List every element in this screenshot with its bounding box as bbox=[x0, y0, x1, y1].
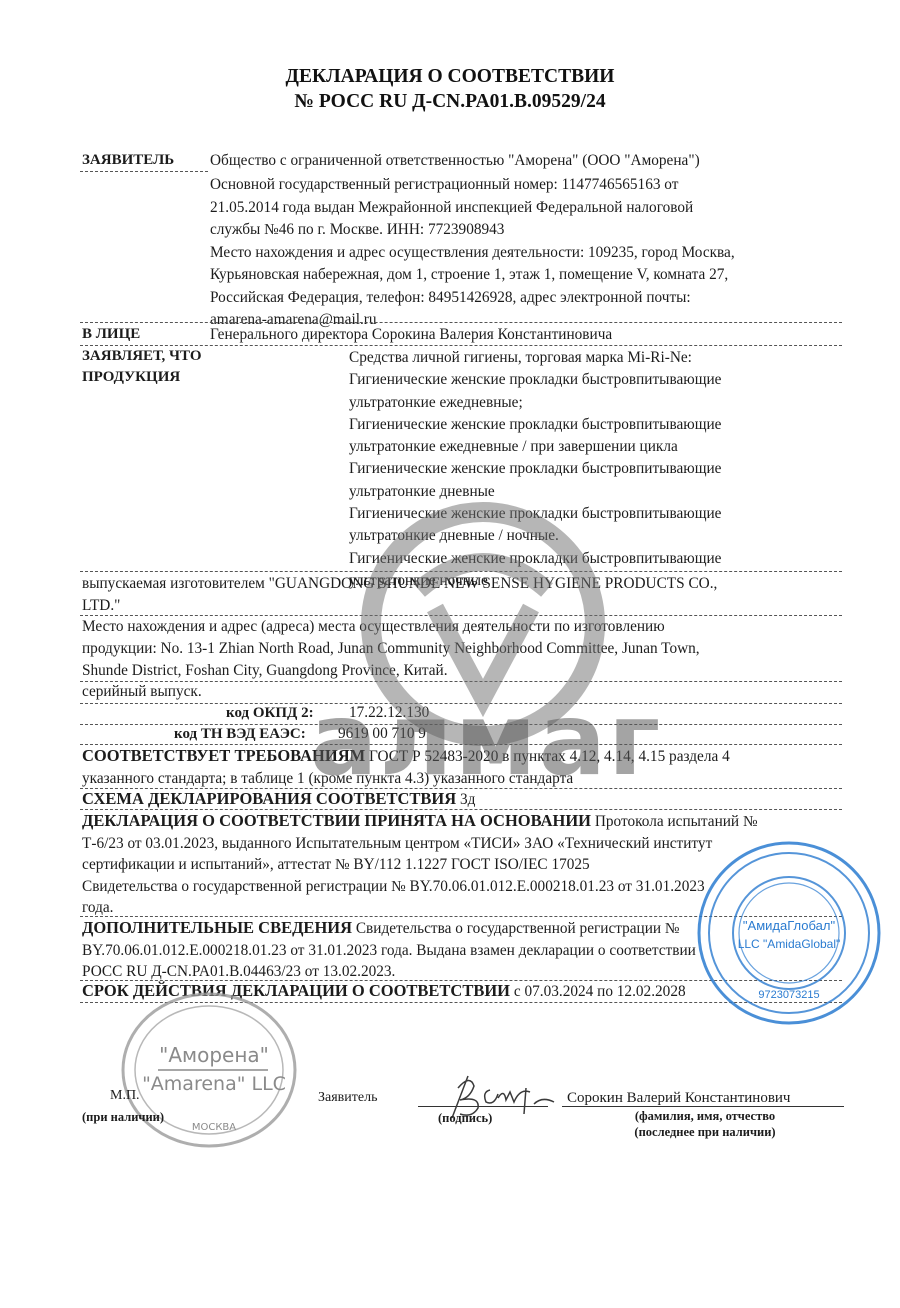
svg-text:"АмидаГлобал": "АмидаГлобал" bbox=[743, 918, 836, 933]
document-title: ДЕКЛАРАЦИЯ О СООТВЕТСТВИИ № РОСС RU Д-CN… bbox=[0, 64, 900, 114]
tnved-label: код ТН ВЭД ЕАЭС: bbox=[174, 724, 306, 745]
applicant-details: Основной государственный регистрационный… bbox=[210, 174, 840, 332]
divider bbox=[80, 171, 208, 172]
declaration-number: № РОСС RU Д-CN.PA01.B.09529/24 bbox=[0, 89, 900, 114]
mp-note: (при наличии) bbox=[82, 1107, 164, 1128]
basis-label: ДЕКЛАРАЦИЯ О СООТВЕТСТВИИ ПРИНЯТА НА ОСН… bbox=[82, 811, 591, 830]
svg-text:"Аморена": "Аморена" bbox=[159, 1043, 269, 1067]
svg-text:9723073215: 9723073215 bbox=[758, 989, 819, 1001]
validity-period: с 07.03.2024 по 12.02.2028 bbox=[510, 983, 686, 1000]
svg-text:МОСКВА: МОСКВА bbox=[192, 1122, 236, 1133]
applicant-name: Общество с ограниченной ответственностью… bbox=[210, 151, 700, 172]
svg-text:"Amarena" LLC: "Amarena" LLC bbox=[142, 1073, 286, 1095]
amidaglobal-stamp-icon: "АмидаГлобал" LLC "AmidaGlobal" 97230732… bbox=[694, 838, 884, 1028]
svg-text:LLC "AmidaGlobal": LLC "AmidaGlobal" bbox=[738, 937, 841, 951]
additional-label: ДОПОЛНИТЕЛЬНЫЕ СВЕДЕНИЯ bbox=[82, 918, 352, 937]
product-label: ЗАЯВЛЯЕТ, ЧТО ПРОДУКЦИЯ bbox=[82, 346, 202, 387]
represented-by-label: В ЛИЦЕ bbox=[82, 324, 140, 345]
mp-label: М.П. bbox=[110, 1086, 140, 1107]
watermark-text: алмаг bbox=[310, 690, 662, 790]
divider bbox=[80, 322, 842, 323]
applicant-signature-label: Заявитель bbox=[318, 1088, 377, 1109]
represented-by-value: Генерального директора Сорокина Валерия … bbox=[210, 325, 612, 346]
name-line bbox=[562, 1106, 844, 1107]
name-caption: (фамилия, имя, отчество (последнее при н… bbox=[600, 1108, 810, 1140]
applicant-label: ЗАЯВИТЕЛЬ bbox=[82, 150, 174, 171]
title-line-1: ДЕКЛАРАЦИЯ О СООТВЕТСТВИИ bbox=[0, 64, 900, 89]
signature-caption: (подпись) bbox=[438, 1110, 492, 1126]
okpd-label: код ОКПД 2: bbox=[226, 703, 314, 724]
production-type: серийный выпуск. bbox=[82, 682, 202, 703]
